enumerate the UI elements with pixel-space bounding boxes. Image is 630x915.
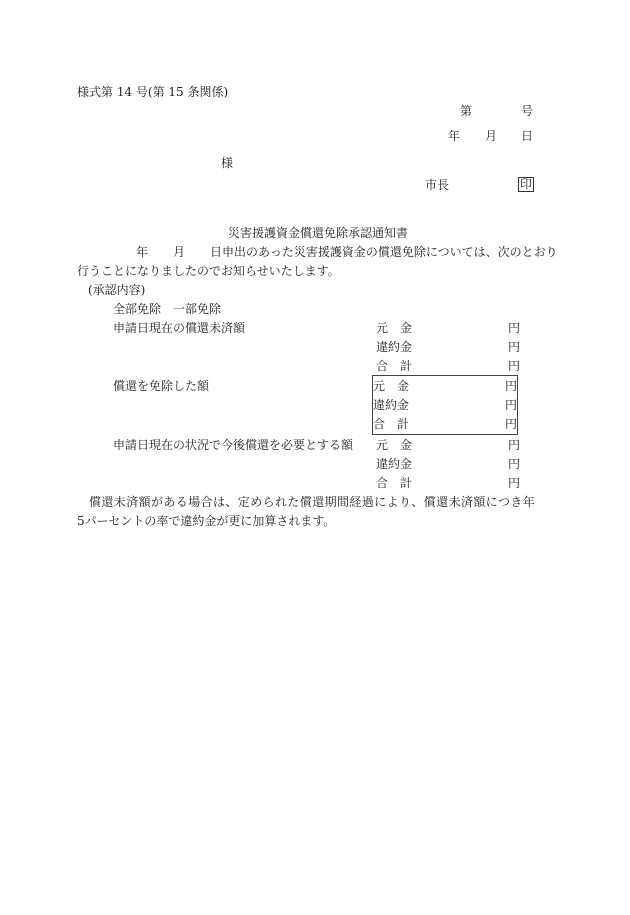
date-month: 月 [485, 129, 497, 143]
intro-month: 月 [173, 245, 185, 259]
issuer: 市長 [425, 178, 449, 192]
row-item: 違約金 [376, 340, 412, 354]
footer-line2: 5パーセントの率で違約金が更に加算されます。 [77, 514, 335, 528]
section-label: 償還を免除した額 [113, 379, 209, 393]
form-label: 様式第 14 号(第 15 条関係) [77, 85, 228, 99]
row-item: 合 計 [376, 476, 412, 490]
row-unit: 円 [505, 417, 517, 431]
row-unit: 円 [508, 340, 520, 354]
seal-icon: 印 [518, 177, 534, 192]
row-unit: 円 [508, 476, 520, 490]
intro-line2: 行うことになりましたのでお知らせいたします。 [77, 264, 340, 278]
exemption-types: 全部免除 一部免除 [113, 302, 221, 316]
content-heading: (承認内容) [88, 283, 145, 297]
footer-line1: 償還未済額がある場合は、定められた償還期間経過により、償還未済額につき年 [89, 495, 535, 509]
intro-line1: 日申出のあった災害援護資金の償還免除については、次のとおり [210, 245, 558, 259]
row-unit: 円 [508, 321, 520, 335]
row-item: 違約金 [376, 457, 412, 471]
seal-mark: 印 [518, 177, 534, 192]
addressee-suffix: 様 [221, 156, 233, 170]
row-unit: 円 [505, 379, 517, 393]
row-unit: 円 [508, 359, 520, 373]
number-prefix: 第 [460, 104, 472, 118]
row-unit: 円 [508, 457, 520, 471]
row-item: 違約金 [373, 398, 409, 412]
row-item: 合 計 [376, 359, 412, 373]
section-label: 申請日現在の状況で今後償還を必要とする額 [113, 438, 353, 452]
date-year: 年 [448, 129, 460, 143]
number-suffix: 号 [521, 104, 533, 118]
row-item: 元 金 [376, 438, 412, 452]
row-item: 元 金 [376, 321, 412, 335]
row-item: 合 計 [373, 417, 409, 431]
date-day: 日 [521, 129, 533, 143]
row-unit: 円 [505, 398, 517, 412]
row-unit: 円 [508, 438, 520, 452]
row-item: 元 金 [373, 379, 409, 393]
section-label: 申請日現在の償還未済額 [113, 321, 245, 335]
intro-year: 年 [136, 245, 148, 259]
document-title: 災害援護資金償還免除承認通知書 [228, 226, 408, 240]
